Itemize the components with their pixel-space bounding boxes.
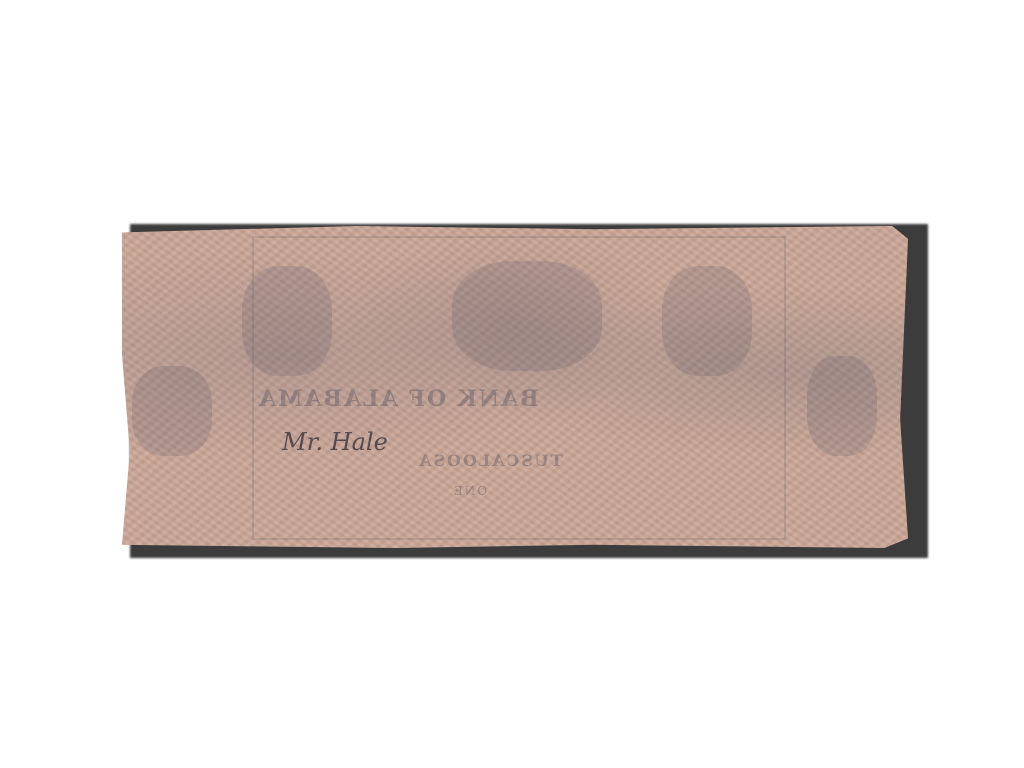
show-through-denomination: ONE	[452, 484, 487, 498]
vignette-right	[662, 266, 752, 376]
show-through-location: TUSCALOOSA	[417, 451, 563, 470]
signature: Mr. Hale	[282, 428, 388, 456]
vignette-left	[242, 266, 332, 376]
show-through-title: BANK OF ALABAMA	[257, 386, 539, 412]
side-panel-left	[132, 366, 212, 456]
vignette-center	[452, 261, 602, 371]
banknote: BANK OF ALABAMA TUSCALOOSA ONE Mr. Hale	[122, 226, 908, 548]
side-panel-right	[807, 356, 877, 456]
